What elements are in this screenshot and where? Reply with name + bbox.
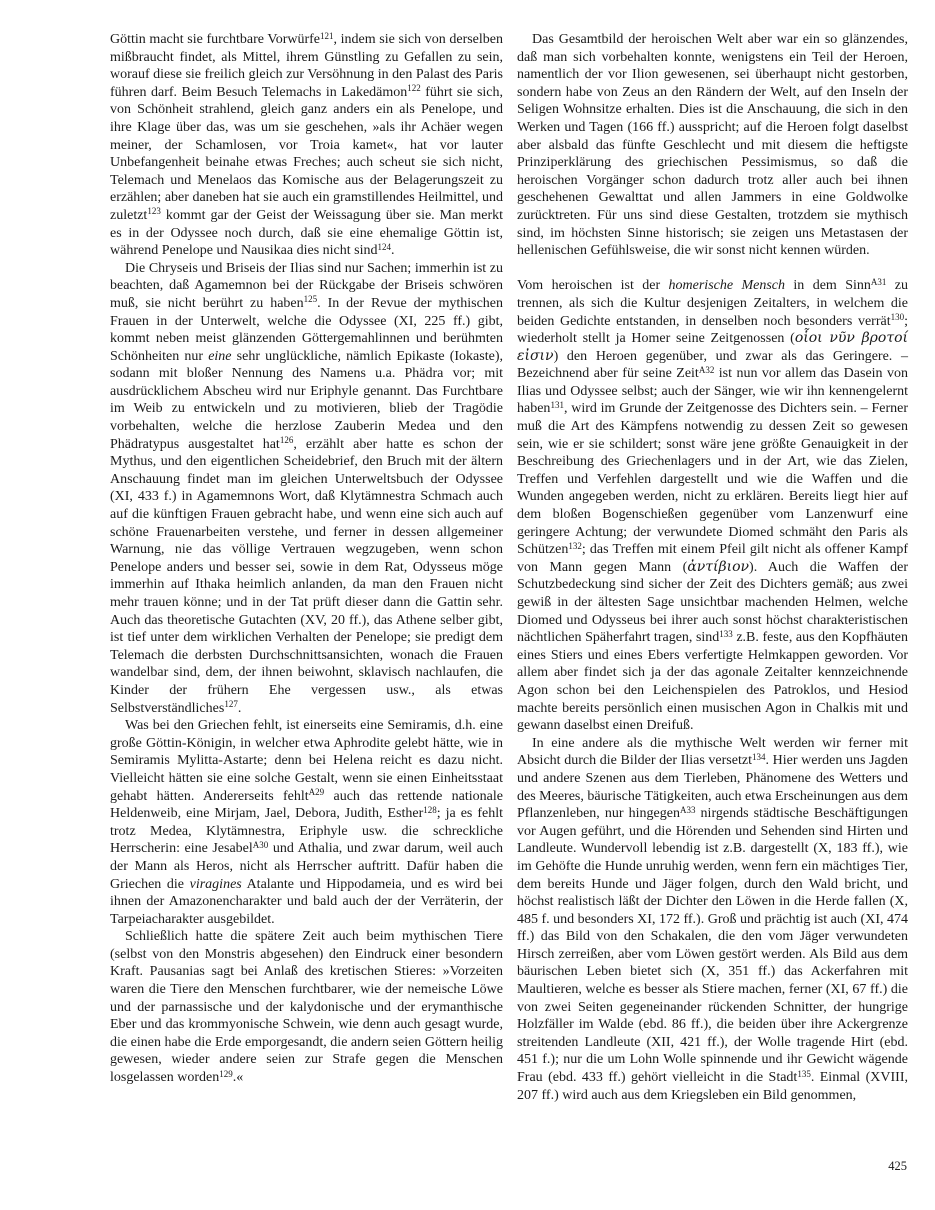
right-text-column: Das Gesamtbild der heroischen Welt aber … [517,31,908,1104]
page-number: 425 [888,1159,907,1173]
paragraph: In eine andere als die mythische Welt we… [517,735,908,1104]
paragraph: Vom heroischen ist der homerische Mensch… [517,277,908,734]
paragraph: Göttin macht sie furchtbare Vorwürfe121,… [110,31,503,260]
book-page: Göttin macht sie furchtbare Vorwürfe121,… [0,0,935,1210]
paragraph: Das Gesamtbild der heroischen Welt aber … [517,31,908,260]
paragraph: Schließlich hatte die spätere Zeit auch … [110,928,503,1086]
paragraph: Was bei den Griechen fehlt, ist einersei… [110,717,503,928]
paragraph: Die Chryseis und Briseis der Ilias sind … [110,260,503,717]
left-text-column: Göttin macht sie furchtbare Vorwürfe121,… [110,31,503,1087]
